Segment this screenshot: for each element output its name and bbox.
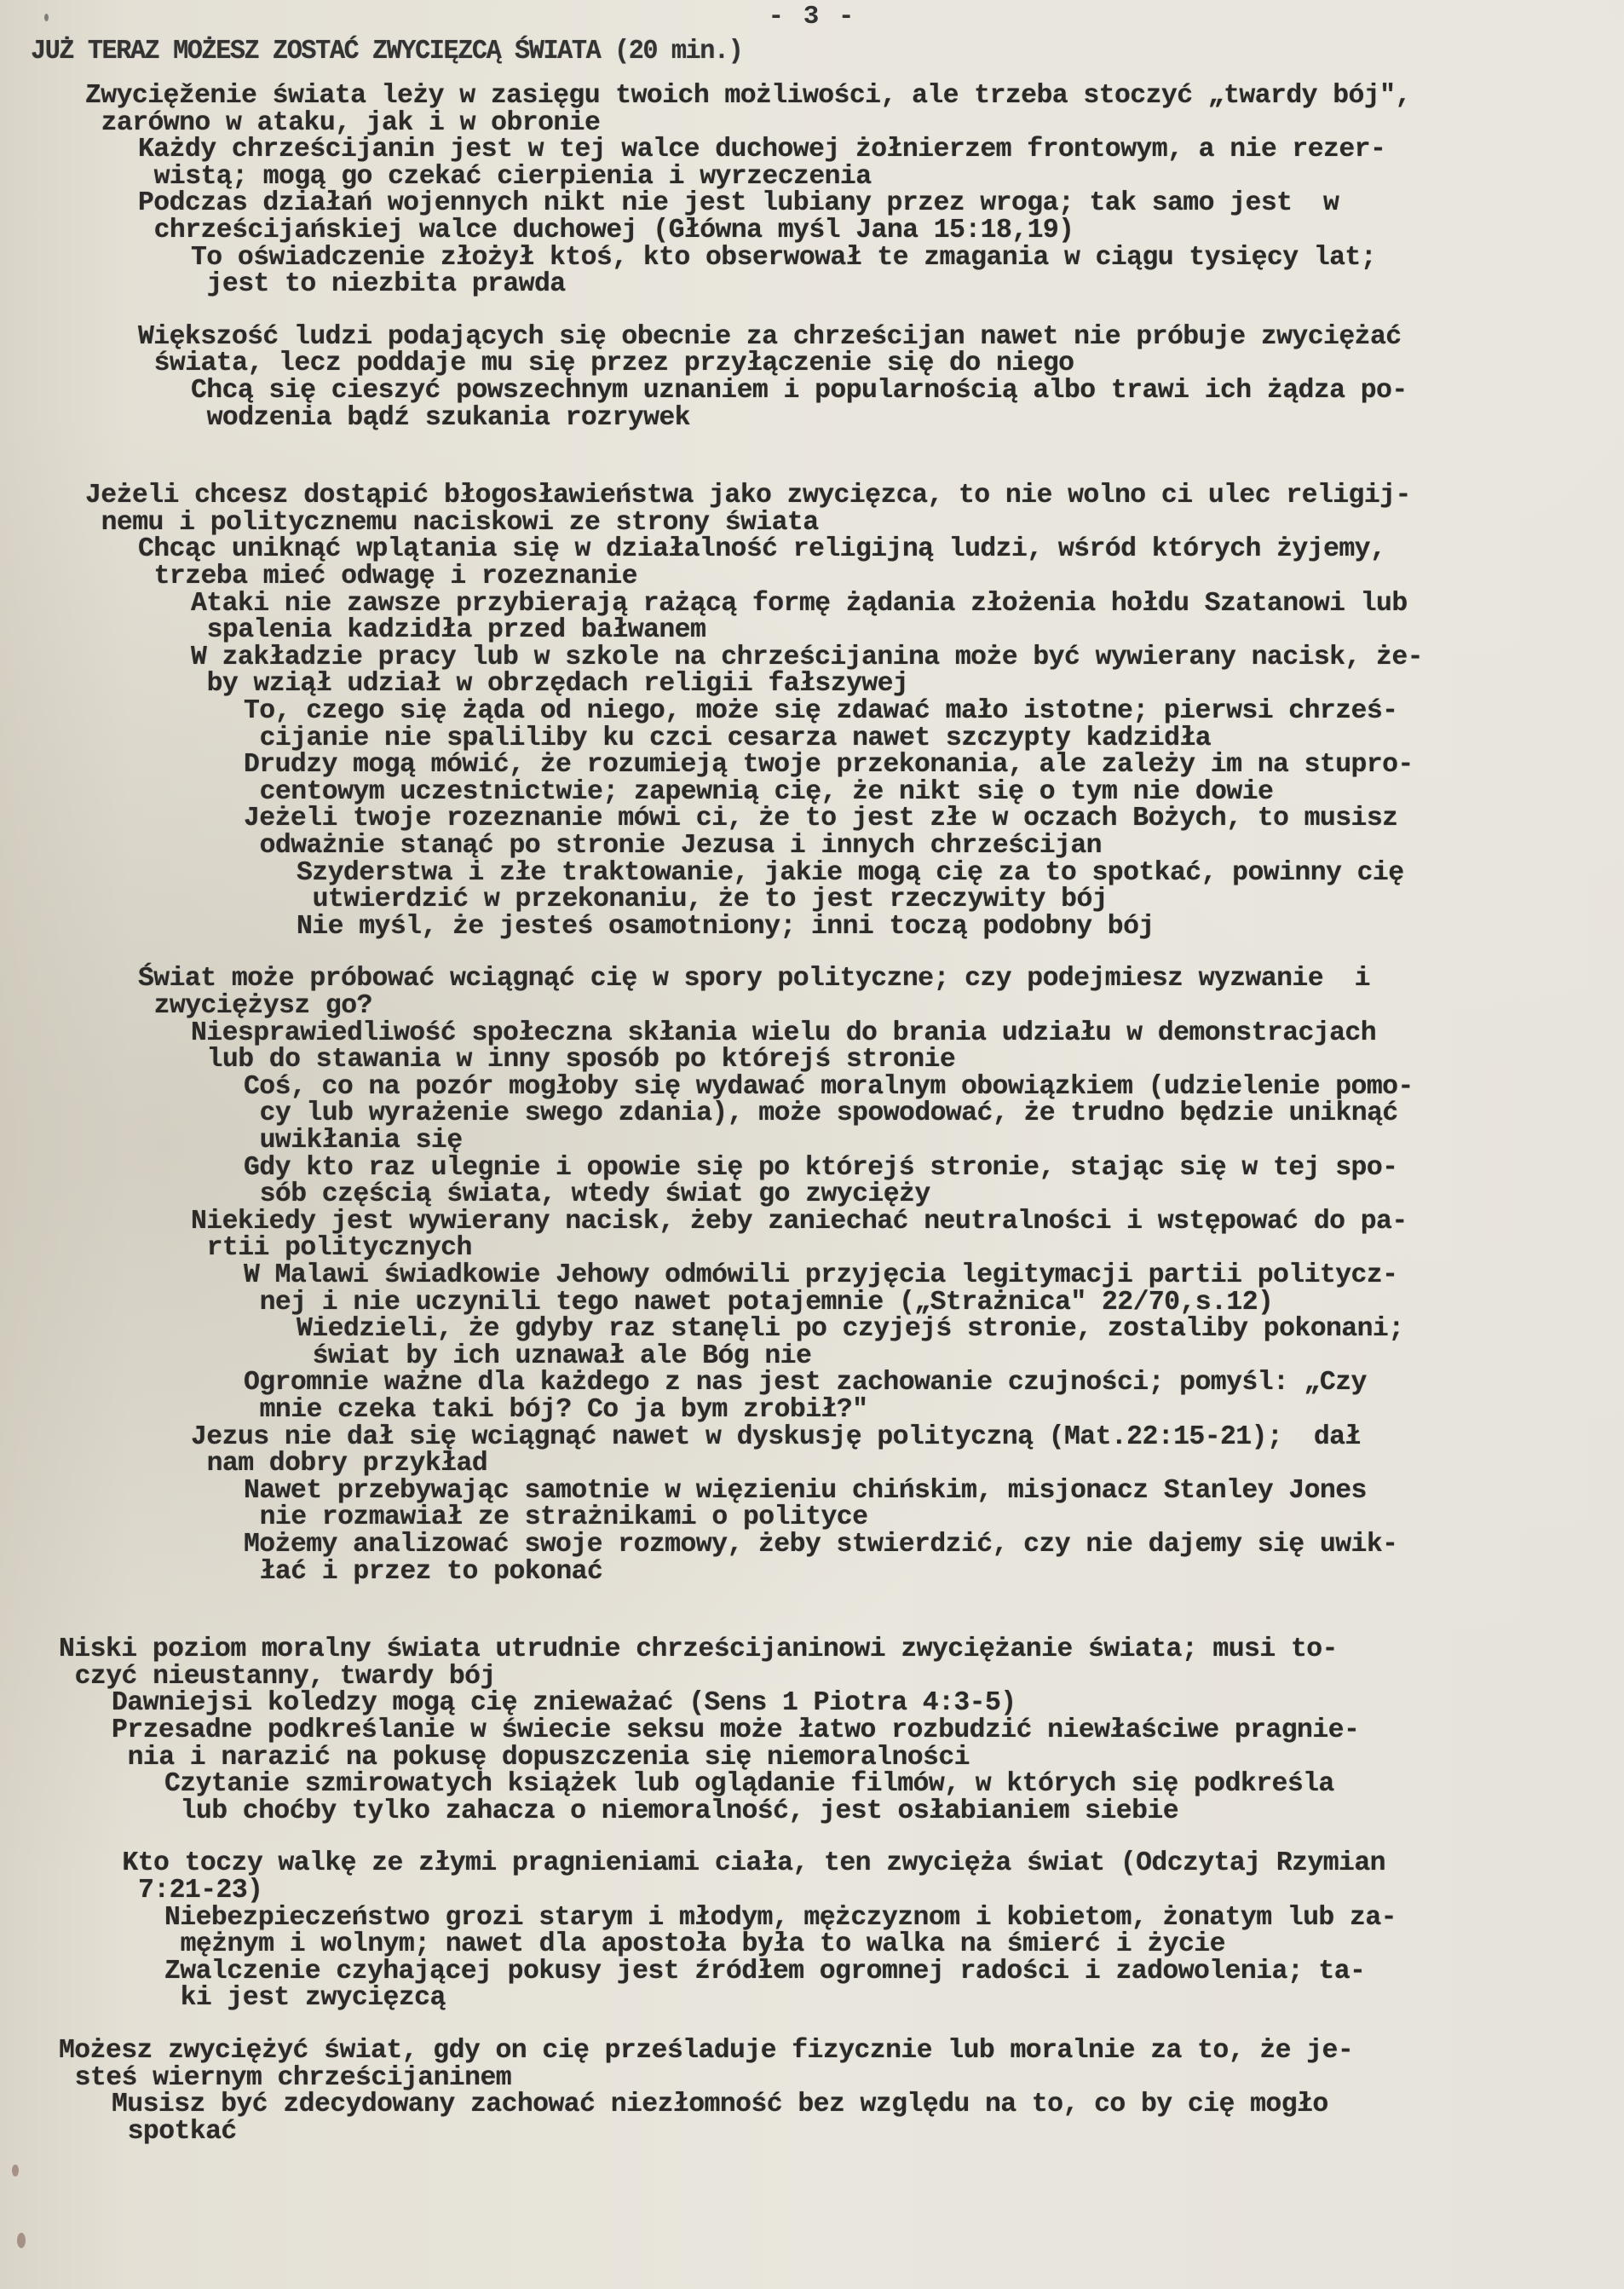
outline-line: Niski poziom moralny świata utrudnie chr… bbox=[59, 1635, 1338, 1664]
outline-line: Każdy chrześcijanin jest w tej walce duc… bbox=[138, 135, 1385, 164]
outline-line: Jeżeli chcesz dostąpić błogosławieństwa … bbox=[85, 481, 1411, 510]
outline-line: trzeba mieć odwagę i rozeznanie bbox=[154, 562, 637, 591]
outline-line: lub choćby tylko zahacza o niemoralność,… bbox=[181, 1797, 1178, 1826]
outline-line: czyć nieustanny, twardy bój bbox=[75, 1663, 496, 1692]
outline-line: nam dobry przykład bbox=[207, 1450, 487, 1479]
outline-line: chrześcijańskiej walce duchowej (Główna … bbox=[154, 216, 1074, 245]
outline-line: steś wiernym chrześcijaninem bbox=[75, 2064, 512, 2093]
outline-line: Jeżeli twoje rozeznanie mówi ci, że to j… bbox=[244, 804, 1397, 833]
outline-line: Jezus nie dał się wciągnąć nawet w dysku… bbox=[191, 1423, 1361, 1452]
outline-line: spotkać bbox=[128, 2118, 237, 2147]
outline-line: Coś, co na pozór mogłoby się wydawać mor… bbox=[244, 1073, 1414, 1102]
outline-line: Możesz zwyciężyć świat, gdy on cię prześ… bbox=[59, 2037, 1353, 2066]
outline-line: odważnie stanąć po stronie Jezusa i inny… bbox=[260, 832, 1102, 861]
outline-line: Niekiedy jest wywierany nacisk, żeby zan… bbox=[191, 1208, 1408, 1237]
outline-line: świata, lecz poddaje mu się przez przyłą… bbox=[154, 349, 1074, 378]
outline-line: rtii politycznych bbox=[207, 1234, 472, 1263]
outline-line: Musisz być zdecydowany zachować niezłomn… bbox=[112, 2090, 1328, 2119]
outline-line: lub do stawania w inny sposób po którejś… bbox=[207, 1046, 956, 1075]
outline-line: Szyderstwa i złe traktowanie, jakie mogą… bbox=[297, 859, 1404, 888]
outline-line: zwyciężysz go? bbox=[154, 992, 372, 1021]
outline-line: zarówno w ataku, jak i w obronie bbox=[101, 109, 601, 138]
outline-line: mnie czeka taki bój? Co ja bym zrobił?" bbox=[260, 1396, 868, 1425]
outline-line: Niesprawiedliwość społeczna skłania wiel… bbox=[191, 1019, 1376, 1048]
outline-line: Wiedzieli, że gdyby raz stanęli po czyje… bbox=[297, 1315, 1404, 1344]
outline-line: mężnym i wolnym; nawet dla apostoła była… bbox=[181, 1930, 1225, 1959]
outline-line: Większość ludzi podających się obecnie z… bbox=[138, 323, 1402, 352]
outline-line: centowym uczestnictwie; zapewnią cię, że… bbox=[260, 778, 1274, 807]
outline-line: To, czego się żąda od niego, może się zd… bbox=[244, 697, 1397, 726]
paper-stain bbox=[17, 2233, 26, 2248]
outline-line: Ogromnie ważne dla każdego z nas jest za… bbox=[244, 1369, 1367, 1398]
outline-line: To oświadczenie złożył ktoś, kto obserwo… bbox=[191, 244, 1376, 273]
outline-line: Ataki nie zawsze przybierają rażącą form… bbox=[191, 590, 1408, 619]
outline-line: Zwycięženie świata leży w zasięgu twoich… bbox=[85, 82, 1411, 111]
section-heading: JUŻ TERAZ MOŻESZ ZOSTAĆ ZWYCIĘZCĄ ŚWIATA… bbox=[31, 37, 742, 66]
outline-line: nemu i politycznemu naciskowi ze strony … bbox=[101, 509, 819, 538]
outline-line: Świat może próbować wciągnąć cię w spory… bbox=[138, 965, 1370, 994]
outline-line: Nie myśl, że jesteś osamotniony; inni to… bbox=[297, 913, 1155, 942]
outline-line: Gdy kto raz ulegnie i opowie się po któr… bbox=[244, 1154, 1397, 1183]
outline-line: W zakładzie pracy lub w szkole na chrześ… bbox=[191, 643, 1423, 672]
outline-line: spalenia kadzidła przed bałwanem bbox=[207, 616, 706, 645]
outline-line: cy lub wyrażenie swego zdania), może spo… bbox=[260, 1099, 1398, 1128]
outline-line: Podczas działań wojennych nikt nie jest … bbox=[138, 189, 1339, 218]
outline-line: Niebezpieczeństwo grozi starym i młodym,… bbox=[164, 1904, 1397, 1933]
outline-line: Czytanie szmirowatych książek lub ogląda… bbox=[164, 1770, 1334, 1799]
outline-line: Dawniejsi koledzy mogą cię znieważać (Se… bbox=[112, 1689, 1016, 1718]
outline-line: ki jest zwycięzcą bbox=[181, 1984, 446, 2013]
outline-line: Przesadne podkreślanie w świecie seksu m… bbox=[112, 1716, 1359, 1745]
page-number: - 3 - bbox=[0, 2, 1624, 32]
outline-line: utwierdzić w przekonaniu, że to jest rze… bbox=[313, 885, 1108, 914]
outline-line: nej i nie uczynili tego nawet potajemnie… bbox=[260, 1289, 1274, 1317]
outline-line: nie rozmawiał ze strażnikami o polityce bbox=[260, 1503, 868, 1532]
outline-line: cijanie nie spaliliby ku czci cesarza na… bbox=[260, 724, 1212, 753]
outline-line: Zwalczenie czyhającej pokusy jest źródłe… bbox=[164, 1957, 1365, 1986]
outline-line: Chcą się cieszyć powszechnym uznaniem i … bbox=[191, 377, 1408, 406]
outline-line: Kto toczy walkę ze złymi pragnieniami ci… bbox=[122, 1849, 1385, 1878]
outline-line: łać i przez to pokonać bbox=[260, 1558, 603, 1587]
outline-line: nia i narazić na pokusę dopuszczenia się… bbox=[128, 1744, 970, 1773]
outline-line: świat by ich uznawał ale Bóg nie bbox=[313, 1342, 812, 1371]
outline-line: wodzenia bądź szukania rozrywek bbox=[207, 404, 690, 433]
outline-line: jest to niezbita prawda bbox=[207, 270, 566, 299]
outline-line: Drudzy mogą mówić, że rozumieją twoje pr… bbox=[244, 751, 1414, 780]
outline-line: W Malawi świadkowie Jehowy odmówili przy… bbox=[244, 1261, 1397, 1290]
outline-line: Nawet przebywając samotnie w więzieniu c… bbox=[244, 1477, 1367, 1506]
outline-line: Możemy analizować swoje rozmowy, żeby st… bbox=[244, 1531, 1397, 1560]
outline-line: by wziął udział w obrzędach religii fałs… bbox=[207, 670, 909, 699]
paper-stain bbox=[12, 2165, 19, 2177]
outline-line: Chcąc uniknąć wplątania się w działalnoś… bbox=[138, 535, 1385, 564]
outline-line: 7:21-23) bbox=[138, 1877, 262, 1906]
outline-line: wistą; mogą go czekać cierpienia i wyrze… bbox=[154, 163, 872, 192]
outline-line: sób częścią świata, wtedy świat go zwyci… bbox=[260, 1180, 930, 1209]
paper-stain bbox=[44, 14, 49, 21]
outline-line: uwikłania się bbox=[260, 1127, 463, 1156]
